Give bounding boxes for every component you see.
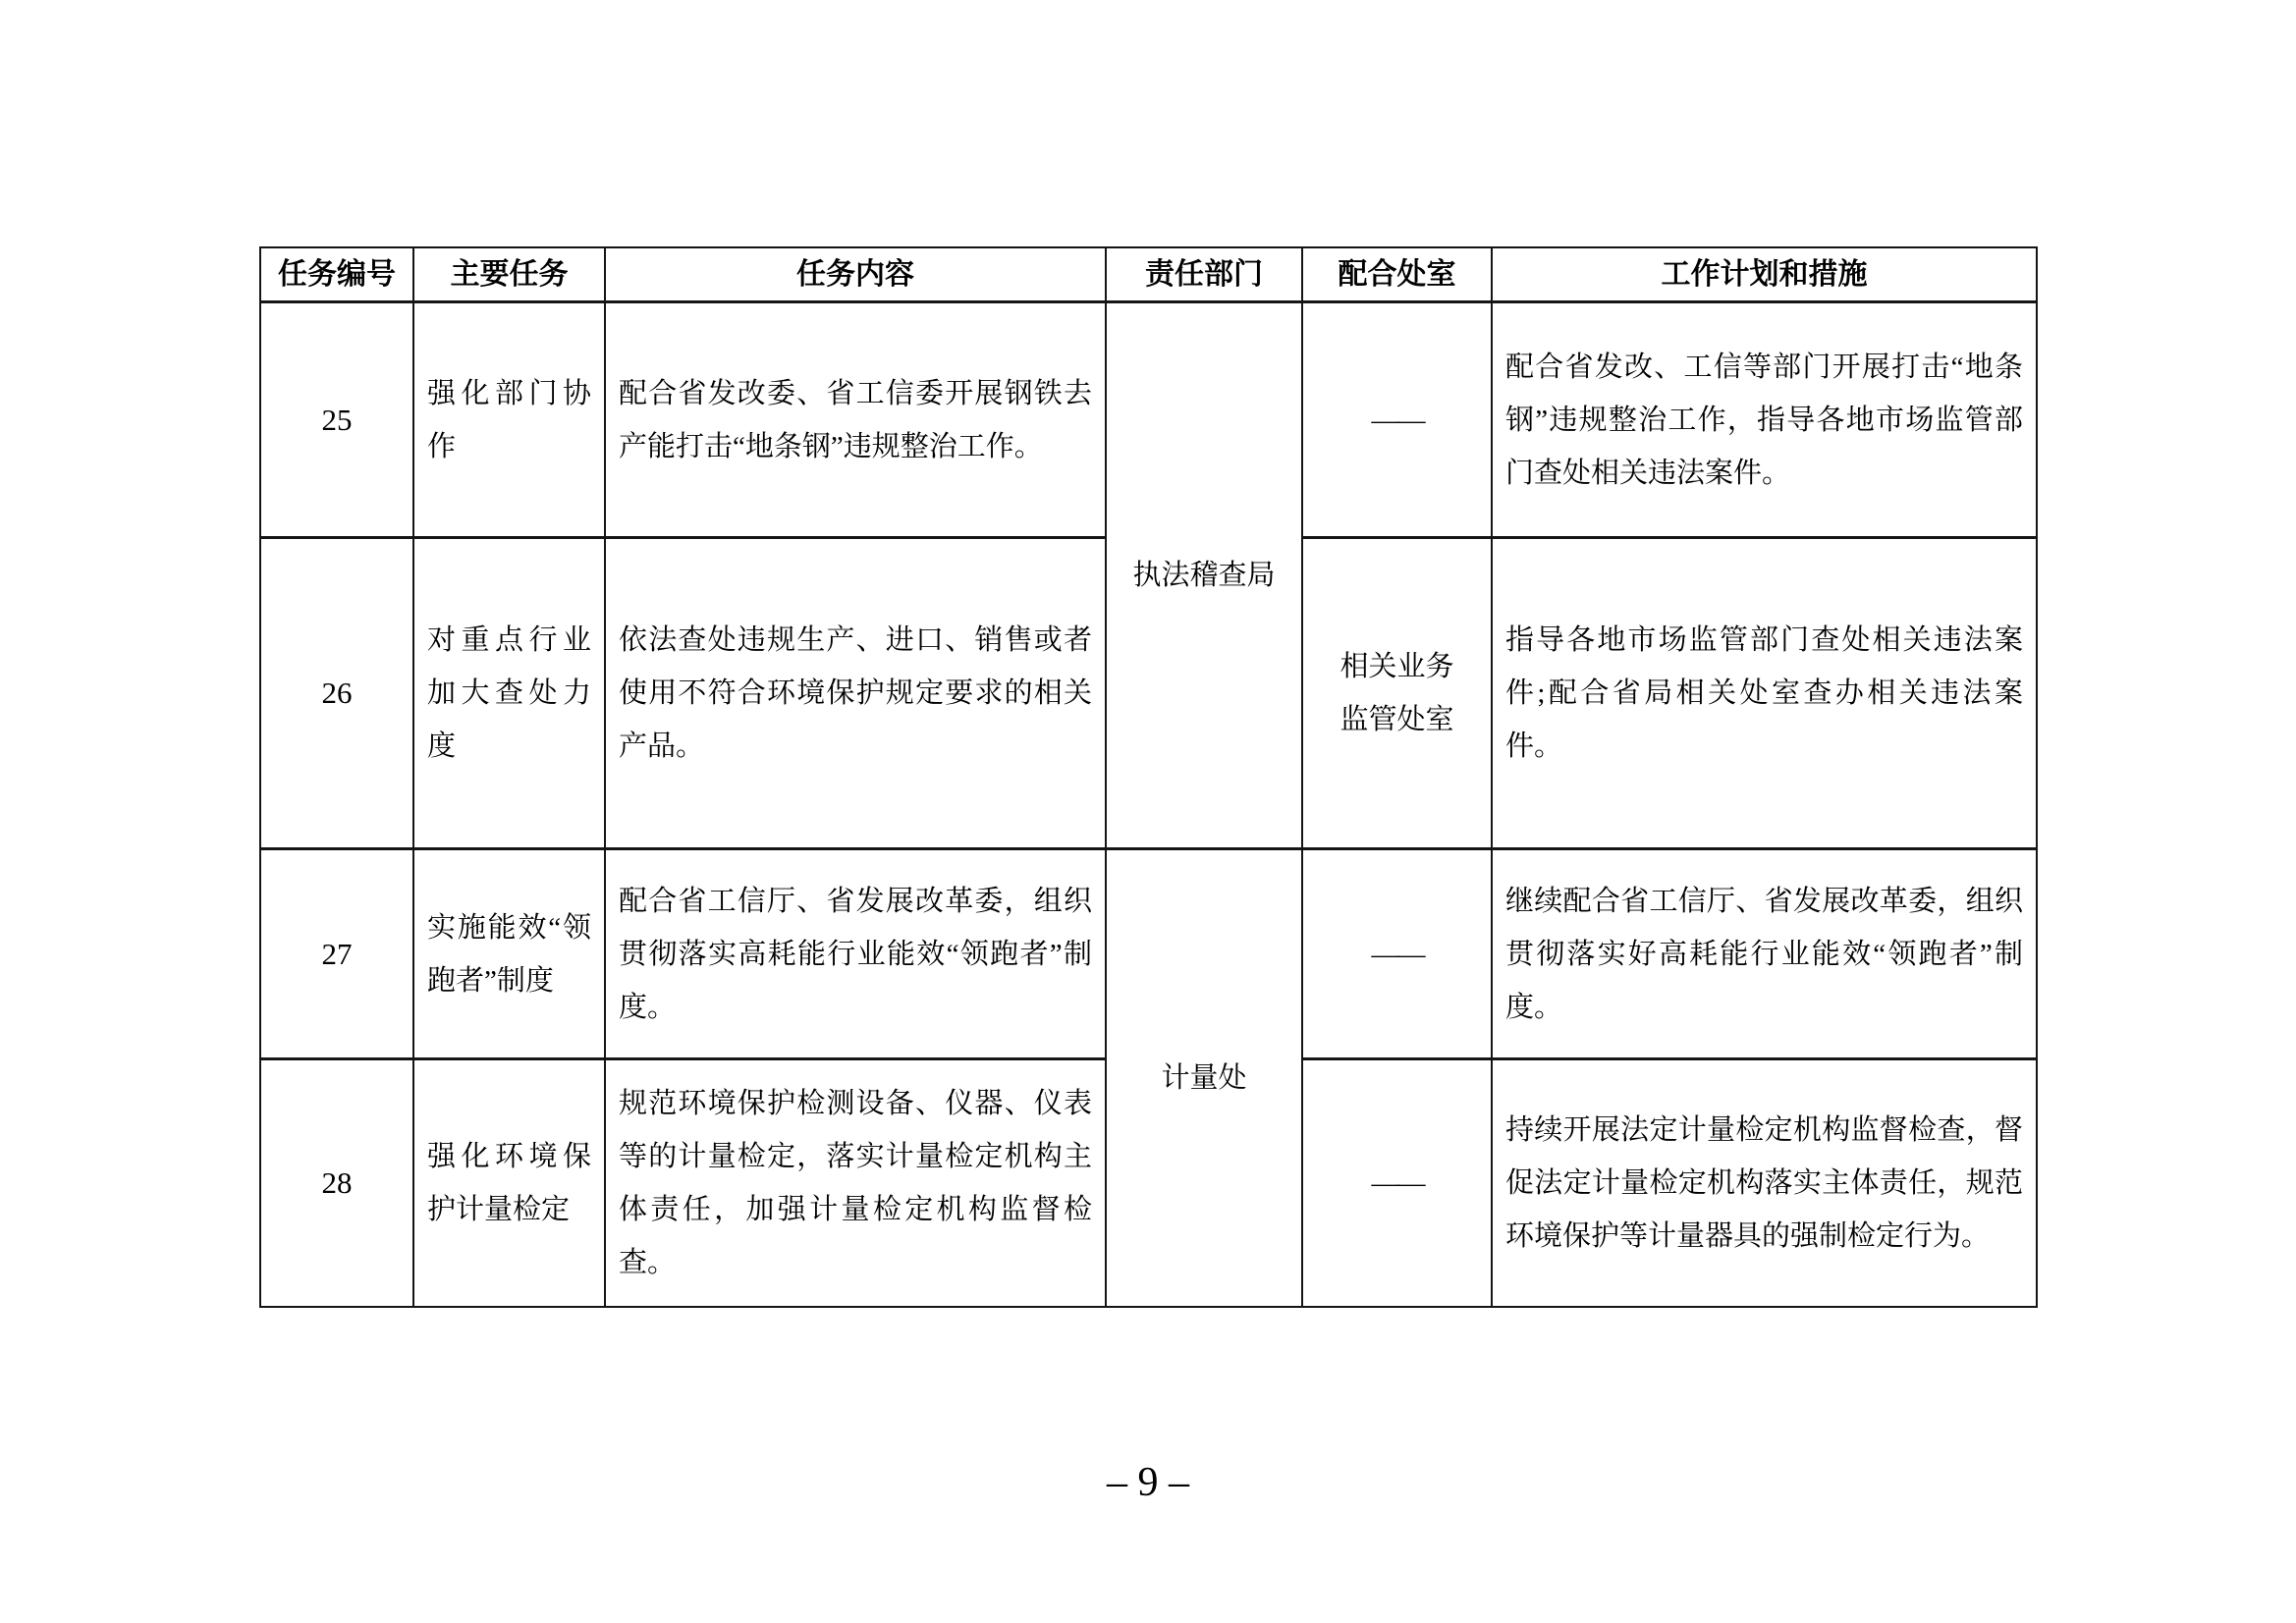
task-number: 27 bbox=[322, 928, 353, 981]
task-content-text: 依法查处违规生产、进口、销售或者使用不符合环境保护规定要求的相关产品。 bbox=[606, 614, 1105, 773]
cell-26-task-id: 26 bbox=[261, 539, 414, 850]
cell-27-main-task: 实施能效“领跑者”制度 bbox=[414, 850, 606, 1060]
header-cell-responsible-dept: 责任部门 bbox=[1107, 248, 1303, 303]
task-table: 任务编号 主要任务 任务内容 责任部门 配合处室 工作计划和措施 25 强化部门… bbox=[259, 246, 2038, 1308]
cell-27-task-id: 27 bbox=[261, 850, 414, 1060]
header-label: 工作计划和措施 bbox=[1662, 258, 1868, 292]
header-label: 任务编号 bbox=[278, 258, 396, 292]
cell-28-work-plan: 持续开展法定计量检定机构监督检查，督促法定计量检定机构落实主体责任，规范环境保护… bbox=[1493, 1060, 2036, 1306]
cell-26-task-content: 依法查处违规生产、进口、销售或者使用不符合环境保护规定要求的相关产品。 bbox=[606, 539, 1107, 850]
office-placeholder-dash: —— bbox=[1372, 1157, 1423, 1210]
task-content-text: 规范环境保护检测设备、仪器、仪表等的计量检定，落实计量检定机构主体责任，加强计量… bbox=[606, 1077, 1105, 1289]
header-label: 配合处室 bbox=[1339, 258, 1456, 292]
cell-25-main-task: 强化部门协作 bbox=[414, 303, 606, 539]
cell-26-main-task: 对重点行业加大查处力度 bbox=[414, 539, 606, 850]
task-number: 25 bbox=[322, 394, 353, 447]
cell-25-task-id: 25 bbox=[261, 303, 414, 539]
task-number: 28 bbox=[322, 1157, 353, 1210]
cell-25-cooperating-office: —— bbox=[1303, 303, 1493, 539]
cell-26-cooperating-office: 相关业务监管处室 bbox=[1303, 539, 1493, 850]
cell-27-work-plan: 继续配合省工信厅、省发展改革委，组织贯彻落实好高耗能行业能效“领跑者”制度。 bbox=[1493, 850, 2036, 1060]
cell-25-work-plan: 配合省发改、工信等部门开展打击“地条钢”违规整治工作，指导各地市场监管部门查处相… bbox=[1493, 303, 2036, 539]
work-plan-text: 持续开展法定计量检定机构监督检查，督促法定计量检定机构落实主体责任，规范环境保护… bbox=[1493, 1104, 2036, 1263]
responsible-dept-text: 计量处 bbox=[1161, 1052, 1246, 1105]
main-task-text: 强化部门协作 bbox=[414, 367, 604, 473]
cell-26-work-plan: 指导各地市场监管部门查处相关违法案件;配合省局相关处室查办相关违法案件。 bbox=[1493, 539, 2036, 850]
cell-27-task-content: 配合省工信厅、省发展改革委，组织贯彻落实高耗能行业能效“领跑者”制度。 bbox=[606, 850, 1107, 1060]
main-task-text: 实施能效“领跑者”制度 bbox=[414, 901, 604, 1007]
cell-25-task-content: 配合省发改委、省工信委开展钢铁去产能打击“地条钢”违规整治工作。 bbox=[606, 303, 1107, 539]
task-content-text: 配合省工信厅、省发展改革委，组织贯彻落实高耗能行业能效“领跑者”制度。 bbox=[606, 875, 1105, 1034]
cell-28-cooperating-office: —— bbox=[1303, 1060, 1493, 1306]
main-task-text: 对重点行业加大查处力度 bbox=[414, 614, 604, 773]
office-placeholder-dash: —— bbox=[1372, 394, 1423, 447]
header-cell-task-id: 任务编号 bbox=[261, 248, 414, 303]
page-number: – 9 – bbox=[0, 1459, 2296, 1506]
header-cell-cooperating-office: 配合处室 bbox=[1303, 248, 1493, 303]
work-plan-text: 继续配合省工信厅、省发展改革委，组织贯彻落实好高耗能行业能效“领跑者”制度。 bbox=[1493, 875, 2036, 1034]
cell-dept-rows-27-28: 计量处 bbox=[1107, 850, 1303, 1306]
work-plan-text: 配合省发改、工信等部门开展打击“地条钢”违规整治工作，指导各地市场监管部门查处相… bbox=[1493, 341, 2036, 500]
cell-27-cooperating-office: —— bbox=[1303, 850, 1493, 1060]
header-label: 责任部门 bbox=[1145, 258, 1263, 292]
header-label: 任务内容 bbox=[796, 258, 914, 292]
task-number: 26 bbox=[322, 667, 353, 720]
work-plan-text: 指导各地市场监管部门查处相关违法案件;配合省局相关处室查办相关违法案件。 bbox=[1493, 614, 2036, 773]
office-placeholder-dash: —— bbox=[1372, 928, 1423, 981]
cell-28-task-id: 28 bbox=[261, 1060, 414, 1306]
office-text: 相关业务监管处室 bbox=[1334, 640, 1461, 746]
header-cell-task-content: 任务内容 bbox=[606, 248, 1107, 303]
cell-28-main-task: 强化环境保护计量检定 bbox=[414, 1060, 606, 1306]
main-task-text: 强化环境保护计量检定 bbox=[414, 1130, 604, 1236]
header-cell-main-task: 主要任务 bbox=[414, 248, 606, 303]
header-cell-work-plan: 工作计划和措施 bbox=[1493, 248, 2036, 303]
cell-28-task-content: 规范环境保护检测设备、仪器、仪表等的计量检定，落实计量检定机构主体责任，加强计量… bbox=[606, 1060, 1107, 1306]
cell-dept-rows-25-26: 执法稽查局 bbox=[1107, 303, 1303, 850]
task-content-text: 配合省发改委、省工信委开展钢铁去产能打击“地条钢”违规整治工作。 bbox=[606, 367, 1105, 473]
responsible-dept-text: 执法稽查局 bbox=[1132, 549, 1275, 602]
header-label: 主要任务 bbox=[451, 258, 569, 292]
